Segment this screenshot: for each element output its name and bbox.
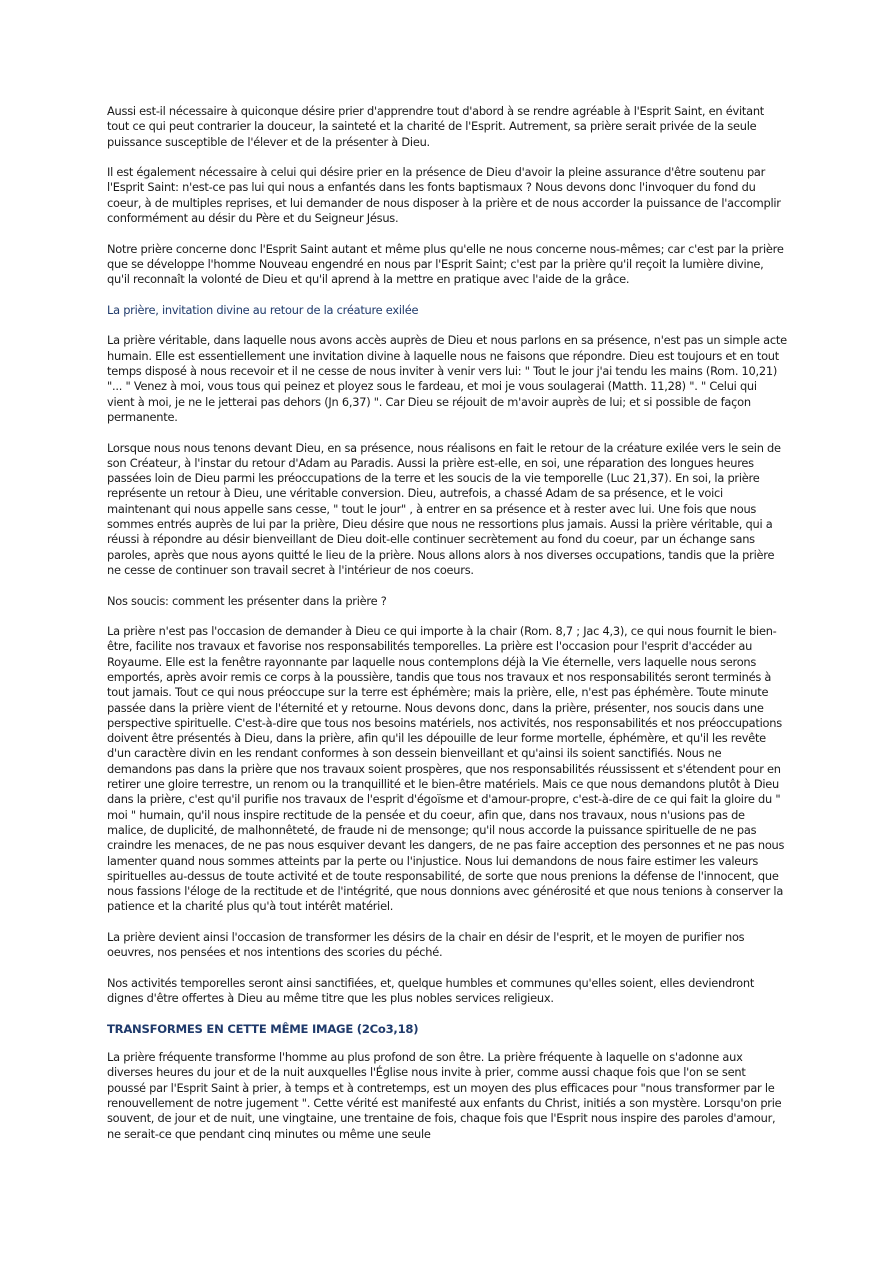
- section-heading-invitation: La prière, invitation divine au retour d…: [107, 303, 787, 318]
- paragraph-intro-3: Notre prière concerne donc l'Esprit Sain…: [107, 242, 787, 288]
- paragraph-intro-2: Il est également nécessaire à celui qui …: [107, 165, 787, 226]
- paragraph-section1-1: La prière véritable, dans laquelle nous …: [107, 333, 787, 425]
- paragraph-section2-2: La prière devient ainsi l'occasion de tr…: [107, 930, 787, 961]
- document-page: Aussi est-il nécessaire à quiconque dési…: [107, 104, 787, 1157]
- section-heading-soucis: Nos soucis: comment les présenter dans l…: [107, 594, 787, 609]
- paragraph-section1-2: Lorsque nous nous tenons devant Dieu, en…: [107, 441, 787, 579]
- paragraph-intro-1: Aussi est-il nécessaire à quiconque dési…: [107, 104, 787, 150]
- paragraph-section3-1: La prière fréquente transforme l'homme a…: [107, 1050, 787, 1142]
- section-heading-transformes: TRANSFORMES EN CETTE MÊME IMAGE (2Co3,18…: [107, 1022, 787, 1037]
- paragraph-section2-3: Nos activités temporelles seront ainsi s…: [107, 976, 787, 1007]
- paragraph-section2-1: La prière n'est pas l'occasion de demand…: [107, 624, 787, 915]
